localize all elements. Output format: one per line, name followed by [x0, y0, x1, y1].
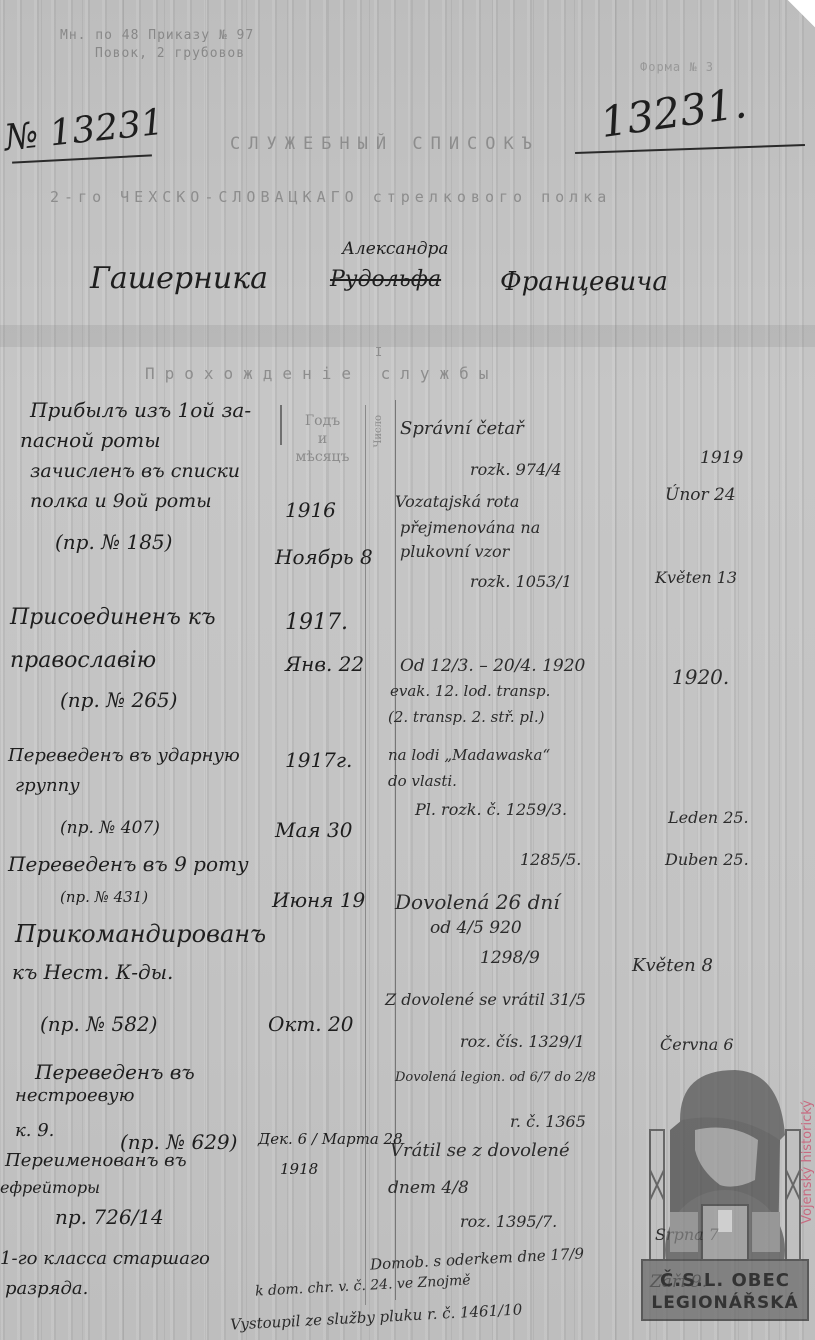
right-entry-7-line2: roz. čís. 1329/1 [460, 1032, 585, 1051]
left-entry-4-date: Июня 19 [272, 888, 365, 912]
left-entry-5-date: Окт. 20 [268, 1012, 353, 1036]
first-name-corrected: Александра [342, 239, 449, 259]
right-entry-3-line1: Od 12/3. – 20/4. 1920 [400, 656, 585, 676]
left-entry-6-line3: к. 9. [15, 1120, 54, 1141]
document-subtitle: 2-го ЧЕХСКО-СЛОВАЦКАГО стрелкового полка [50, 188, 611, 206]
watermark-line2: LEGIONÁŘSKÁ [640, 1293, 810, 1313]
right-entry-1-date: Únor 24 [665, 485, 736, 505]
document-page: Мн. по 48 Приказу № 97 Повок, 2 грубовов… [0, 0, 815, 1340]
right-entry-8-line1: Dovolená legion. od 6/7 do 2/8 [395, 1070, 596, 1085]
column-divider-3 [395, 400, 396, 1300]
left-entry-7-line3: ефрейторы [0, 1178, 100, 1197]
left-entry-2-date: Янв. 22 [285, 652, 364, 676]
right-entry-1-year: 1919 [700, 448, 743, 468]
left-entry-6-line1: Переведенъ въ [35, 1060, 195, 1084]
left-entry-5-line2: къ Нест. К-ды. [12, 960, 173, 984]
right-entry-6-date: Květen 8 [632, 955, 713, 976]
left-entry-1-line5: (пр. № 185) [55, 530, 172, 554]
right-entry-6-line3: 1298/9 [480, 948, 540, 968]
legionnaire-watermark-logo: Č.S.L. OBEC LEGIONÁŘSKÁ [640, 1060, 810, 1325]
right-entry-9-line3: roz. 1395/7. [460, 1212, 557, 1231]
right-entry-3-line4: na lodi „Madawaska“ [388, 746, 550, 764]
left-entry-3-line2: группу [15, 775, 80, 796]
header-year: Годъ [285, 412, 360, 430]
left-entry-3-line3: (пр. № 407) [60, 818, 160, 838]
right-entry-6-line1: Dovolená 26 dní [395, 890, 560, 914]
left-entry-3-year: 1917г. [285, 748, 352, 772]
header-year-month: Годъ и мѣсяцъ [285, 412, 360, 466]
right-entry-3-line5: do vlasti. [388, 772, 457, 790]
left-entry-1-line3: зачисленъ въ списки [30, 460, 240, 482]
patronymic: Францевича [500, 267, 668, 297]
left-entry-8-line1: 1-го класса старшаго [0, 1248, 210, 1269]
document-title: СЛУЖЕБНЫЙ СПИСОКЪ [230, 134, 540, 154]
right-entry-8-line2: r. č. 1365 [510, 1112, 586, 1131]
left-entry-7-line2: Переименованъ въ [5, 1150, 187, 1171]
printed-header-line1: Мн. по 48 Приказу № 97 [60, 28, 254, 43]
right-entry-6-line2: od 4/5 920 [430, 918, 522, 938]
faded-strip [0, 325, 815, 347]
right-entry-10-line3: Vystoupil ze služby pluku r. č. 1461/10 [230, 1300, 523, 1333]
right-entry-1-line2: rozk. 974/4 [470, 460, 562, 479]
form-label: Форма № 3 [640, 60, 714, 74]
left-entry-2-year: 1917. [285, 610, 348, 635]
right-entry-2-line1: Vozatajská rota [395, 492, 519, 511]
left-entry-3-date: Мая 30 [275, 818, 352, 842]
header-and: и [285, 430, 360, 448]
right-entry-7-line1: Z dovolené se vrátil 31/5 [385, 990, 586, 1009]
left-entry-1-line2: пасной роты [20, 428, 161, 452]
right-entry-4-date: Leden 25. [668, 808, 749, 827]
left-entry-7-line4: пр. 726/14 [55, 1205, 164, 1229]
right-entry-2-line2: přejmenována na [400, 518, 540, 537]
right-entry-10-line2: k dom. chr. v. č. 24. ve Znojmě [255, 1272, 471, 1299]
left-entry-5-line1: Прикомандированъ [15, 920, 266, 948]
left-entry-5-line3: (пр. № 582) [40, 1012, 157, 1036]
right-entry-2-line3: plukovní vzor [400, 542, 509, 561]
column-divider-1 [280, 405, 282, 445]
left-entry-1-line4: полка и 9ой роты [30, 490, 212, 512]
left-entry-1-date: Ноябрь 8 [275, 545, 373, 569]
right-entry-1-line1: Správní četař [400, 418, 524, 439]
left-entry-2-line1: Присоединенъ къ [10, 605, 216, 630]
left-entry-2-line3: (пр. № 265) [60, 688, 177, 712]
right-entry-10-line1: Domob. s oderkem dne 17/9 [370, 1244, 585, 1273]
left-entry-1-year: 1916 [285, 498, 336, 522]
left-entry-8-line2: разряда. [5, 1278, 88, 1299]
right-entry-3-line3: (2. transp. 2. stř. pl.) [388, 708, 544, 726]
left-entry-7-date: Дек. 6 / Марта 28 [258, 1130, 403, 1148]
left-entry-2-line2: православію [10, 648, 156, 673]
header-month: мѣсяцъ [285, 448, 360, 466]
watermark-line1: Č.S.L. OBEC [640, 1270, 810, 1291]
section-roman: I [375, 345, 388, 359]
column-divider-2 [365, 405, 366, 1305]
right-entry-7-date: Června 6 [660, 1035, 734, 1054]
right-entry-3-line2: evak. 12. lod. transp. [390, 682, 550, 700]
right-entry-2-line4: rozk. 1053/1 [470, 572, 572, 591]
right-entry-5-date: Duben 25. [665, 850, 749, 869]
right-entry-5-line1: 1285/5. [520, 850, 581, 869]
right-entry-9-line2: dnem 4/8 [388, 1178, 469, 1198]
surname: Гашерника [90, 261, 268, 296]
first-name-struck: Рудольфа [330, 267, 441, 292]
section-title: Прохожденіе службы [145, 364, 498, 383]
right-entry-4-line1: Pl. rozk. č. 1259/3. [415, 800, 567, 819]
printed-header-line2: Повок, 2 грубовов [95, 46, 245, 61]
left-entry-3-line1: Переведенъ въ ударную [8, 745, 240, 766]
soldier-name: Гашерника Рудольфа Александра Францевича [90, 245, 770, 315]
right-entry-3-date: 1920. [672, 665, 729, 689]
left-entry-1-line1: Прибылъ изъ 1ой за- [30, 398, 251, 422]
record-number-right: 13231. [597, 78, 749, 147]
left-entry-4-line1: Переведенъ въ 9 роту [8, 852, 249, 876]
left-entry-7-year: 1918 [280, 1160, 318, 1178]
left-entry-6-line2: нестроевую [15, 1085, 134, 1106]
torn-corner [785, 0, 815, 30]
right-entry-2-date: Květen 13 [655, 568, 737, 587]
side-archive-stamp: Vojenský historický [800, 1100, 815, 1224]
right-entry-9-line1: Vrátil se z dovolené [390, 1140, 570, 1161]
left-entry-4-line2: (пр. № 431) [60, 888, 148, 906]
header-day: Число [370, 415, 392, 447]
record-number-left: № 13231 [2, 102, 165, 160]
